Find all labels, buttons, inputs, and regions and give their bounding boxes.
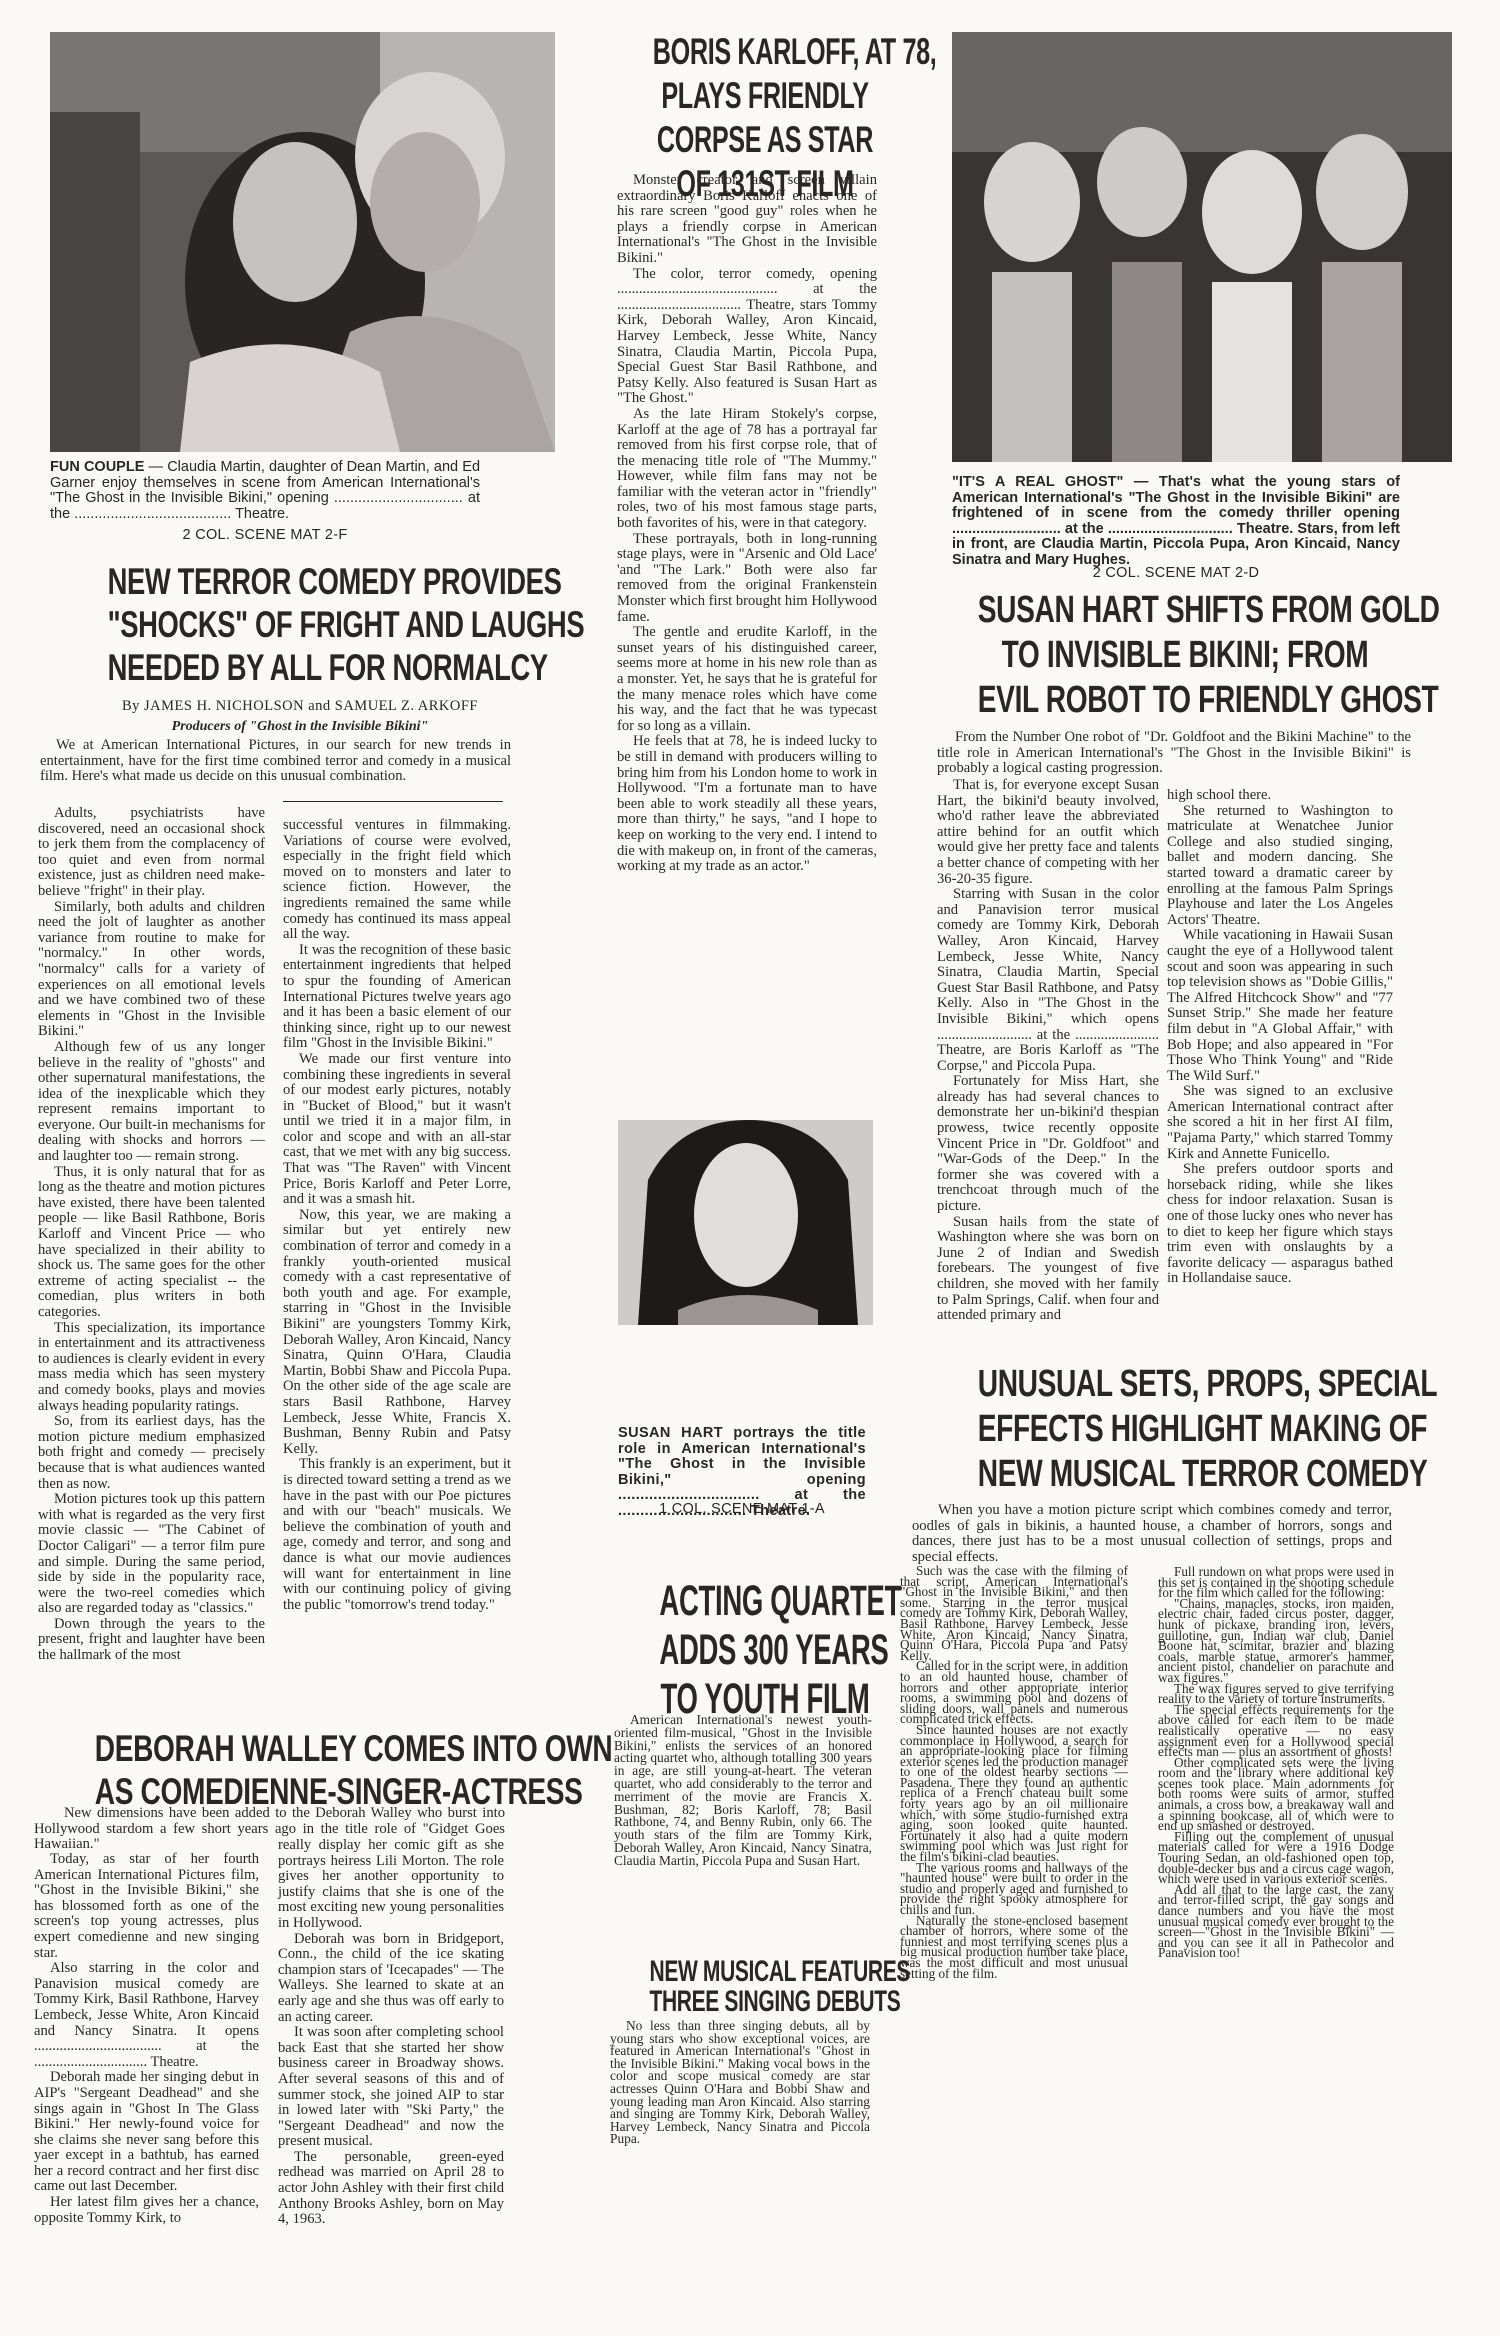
headline-susan-hart: SUSAN HART SHIFTS FROM GOLD TO INVISIBLE…	[978, 588, 1392, 723]
unusual-sets-col2: Full rundown on what props were used in …	[1158, 1567, 1394, 1959]
byline: By JAMES H. NICHOLSON and SAMUEL Z. ARKO…	[40, 698, 560, 715]
caption-lead: "IT'S A REAL GHOST"	[952, 474, 1123, 490]
divider-rule	[283, 801, 503, 802]
mat-label-2f: 2 COL. SCENE MAT 2-F	[50, 527, 480, 543]
photo-susan-hart-image	[618, 1120, 873, 1325]
headline-acting-quartet: ACTING QUARTET ADDS 300 YEARS TO YOUTH F…	[659, 1577, 870, 1724]
unusual-sets-lead: When you have a motion picture script wh…	[912, 1503, 1392, 1565]
caption-lead: FUN COUPLE	[50, 459, 144, 475]
photo-real-ghost	[952, 32, 1452, 462]
producers-credit: Producers of "Ghost in the Invisible Bik…	[40, 719, 560, 735]
photo-real-ghost-image	[952, 32, 1452, 462]
caption-real-ghost: "IT'S A REAL GHOST" — That's what the yo…	[952, 475, 1400, 568]
unusual-sets-col1: Such was the case with the filming of th…	[900, 1566, 1128, 1979]
deborah-walley-col1: Today, as star of her fourth American In…	[34, 1852, 259, 2226]
terror-comedy-lead: We at American International Pictures, i…	[40, 738, 511, 785]
deborah-walley-col2: really display her comic gift as she por…	[278, 1838, 504, 2228]
photo-fun-couple-image	[50, 32, 555, 452]
susan-hart-lead: From the Number One robot of "Dr. Goldfo…	[937, 730, 1411, 777]
mat-label-2d: 2 COL. SCENE MAT 2-D	[952, 565, 1400, 581]
headline-terror-comedy: NEW TERROR COMEDY PROVIDES "SHOCKS" OF F…	[108, 560, 493, 689]
headline-deborah-walley: DEBORAH WALLEY COMES INTO OWN AS COMEDIE…	[95, 1727, 505, 1813]
mat-label-1a: 1 COL. SCENE MAT 1-A	[618, 1501, 866, 1517]
photo-susan-hart	[618, 1120, 873, 1325]
caption-lead: SUSAN HART	[618, 1425, 723, 1441]
headline-unusual-sets: UNUSUAL SETS, PROPS, SPECIAL EFFECTS HIG…	[978, 1362, 1392, 1497]
acting-quartet-body: American International's newest youth-or…	[614, 1714, 872, 1868]
karloff-body: Monster creator and screen villain extra…	[617, 173, 877, 875]
susan-hart-col1: That is, for everyone except Susan Hart,…	[937, 778, 1159, 1324]
terror-comedy-col2: successful ventures in filmmaking. Varia…	[283, 818, 511, 1613]
headline-singing-debuts: NEW MUSICAL FEATURES THREE SINGING DEBUT…	[650, 1957, 881, 2017]
susan-hart-col2: high school there. She returned to Washi…	[1159, 788, 1393, 1287]
photo-fun-couple	[50, 32, 555, 452]
singing-debuts-body: No less than three singing debuts, all b…	[610, 2020, 870, 2146]
terror-comedy-col1: Adults, psychiatrists have discovered, n…	[38, 806, 265, 1664]
caption-fun-couple: FUN COUPLE — Claudia Martin, daughter of…	[50, 460, 480, 522]
